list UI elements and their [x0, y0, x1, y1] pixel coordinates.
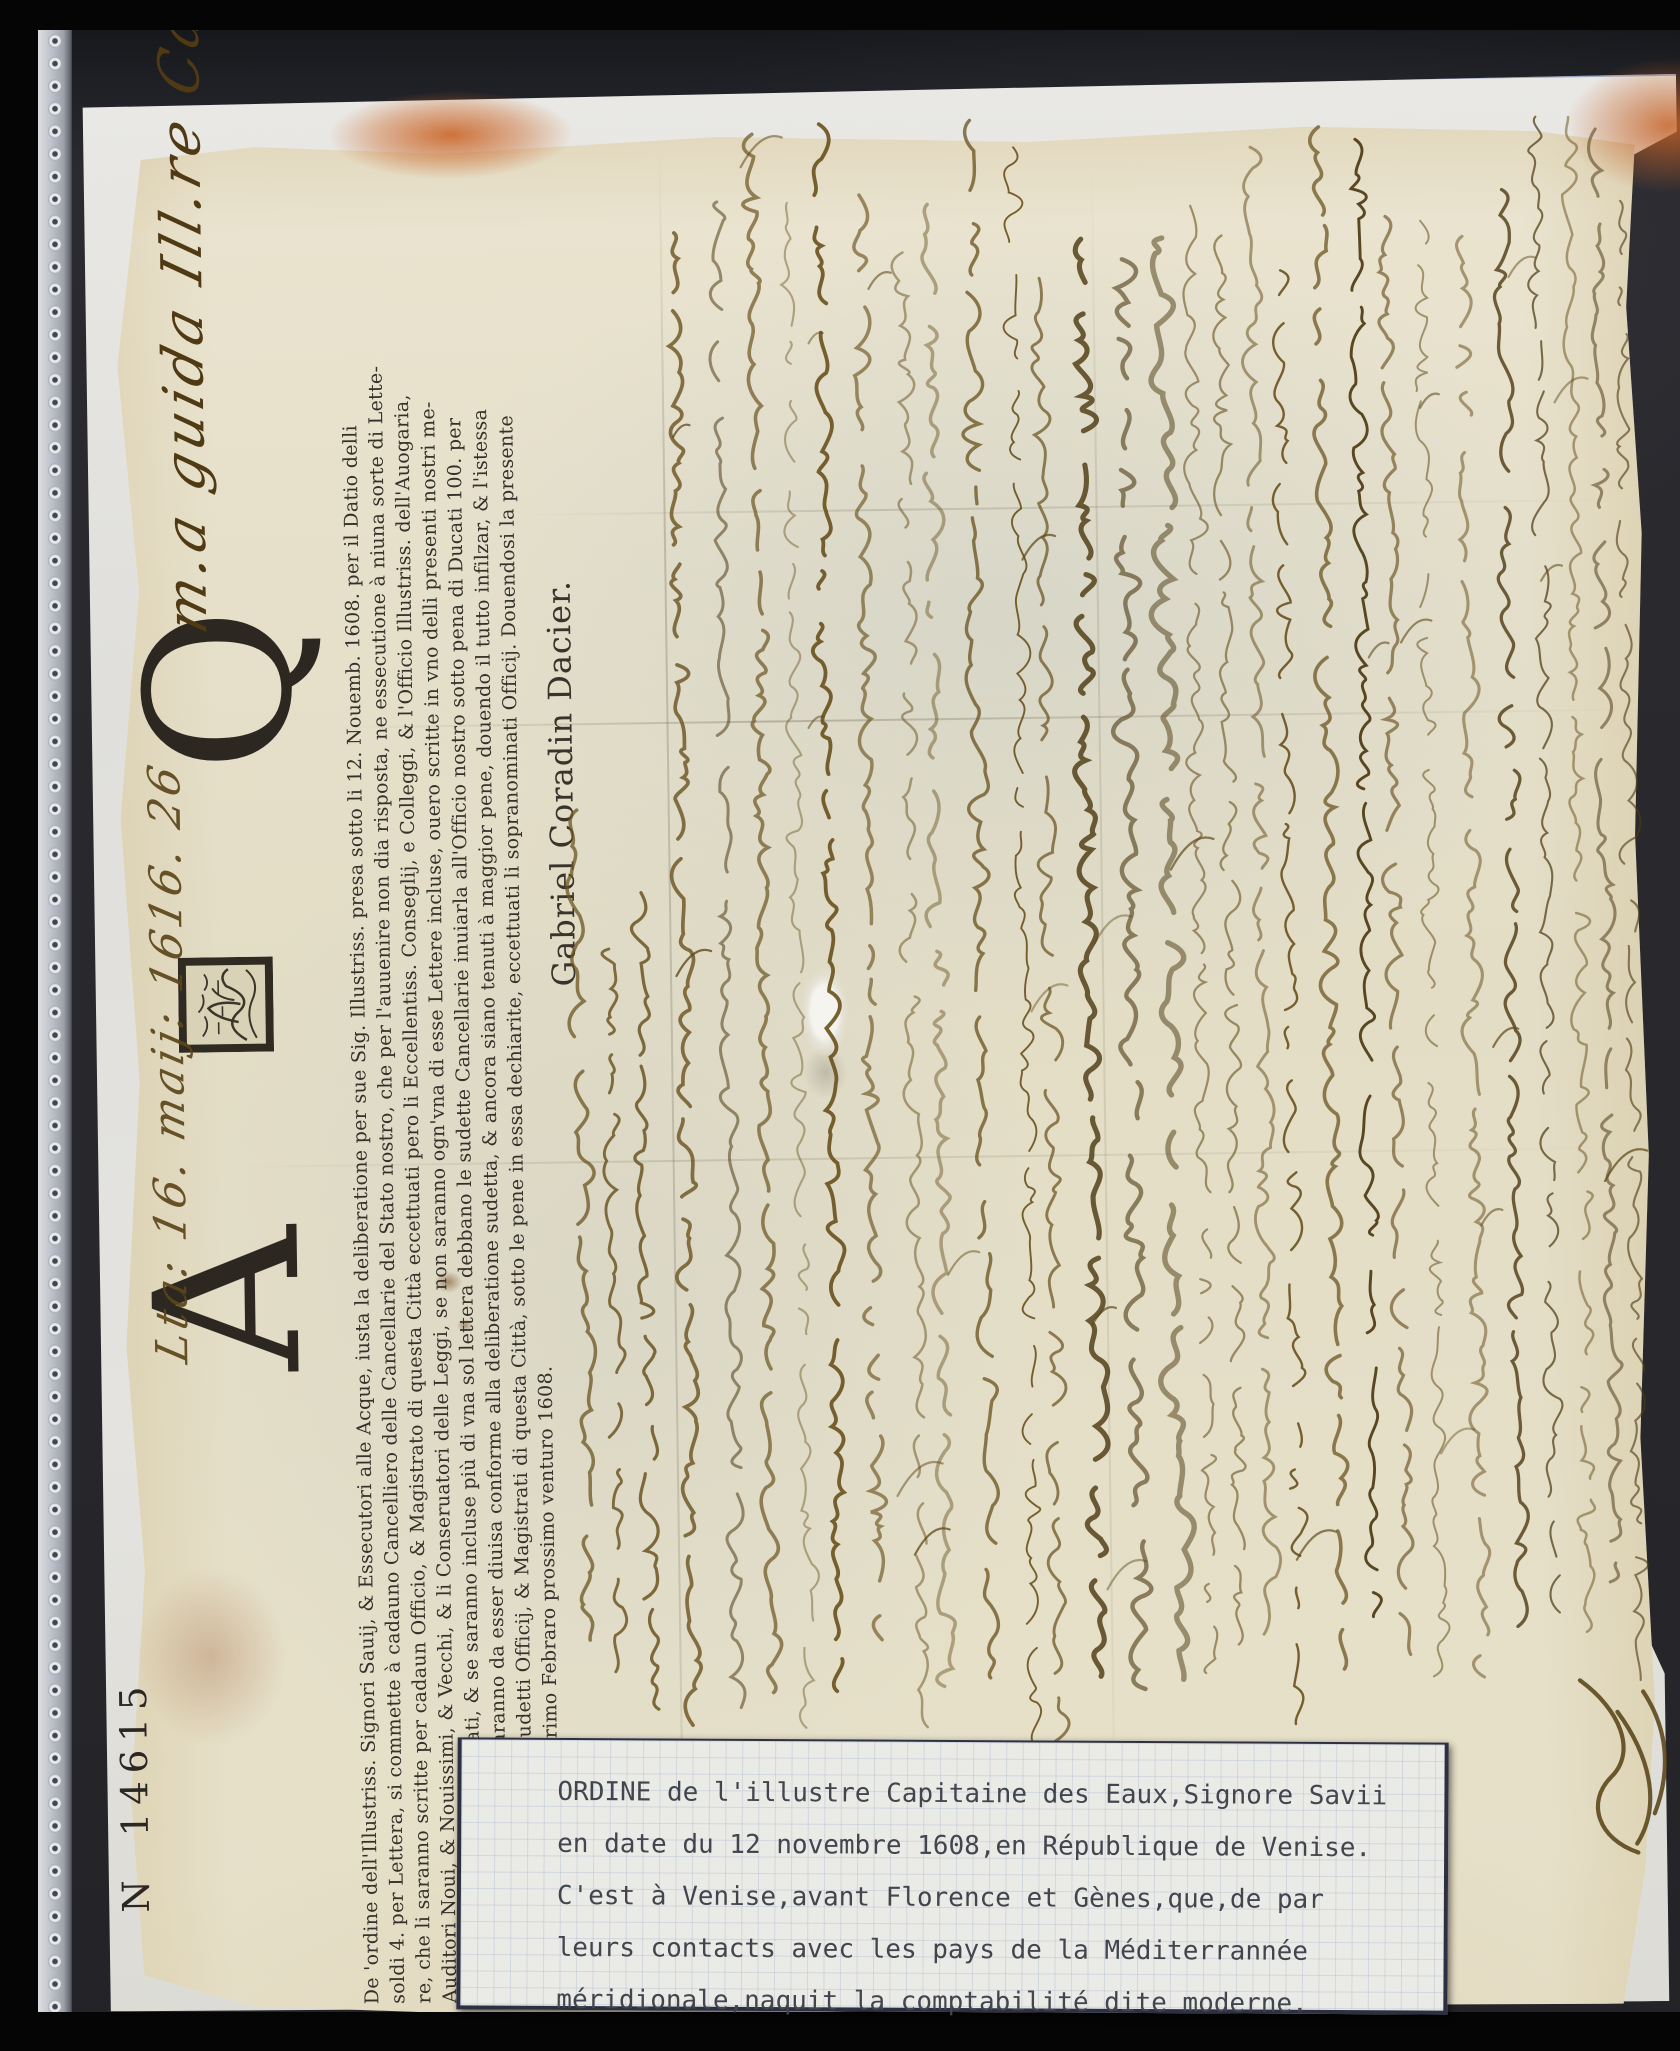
- caption-card: ORDINE de l'illustre Capitaine des Eaux,…: [456, 1737, 1448, 2014]
- handwritten-date-note: Lta: 16. maij: 1616. 26: [137, 605, 218, 1371]
- photo-black-border: [0, 0, 1680, 30]
- manuscript-handwriting: [553, 91, 1680, 1896]
- photo-black-border: [0, 0, 38, 2051]
- caption-line: C'est à Venise,avant Florence et Gènes,q…: [557, 1870, 1424, 1927]
- binder-ring-perforations: [38, 30, 72, 2012]
- document-photo-group: De 'ordine dell'Illustriss. Signori Saui…: [88, 96, 1674, 2018]
- caption-line: méridionale,naquit la comptabilité dite …: [556, 1974, 1423, 2031]
- registry-number: N 14615: [108, 1382, 167, 1913]
- handwritten-name-note: m.a guida Ill.re Capelli: [148, 112, 250, 648]
- caption-line: ORDINE de l'illustre Capitaine des Eaux,…: [557, 1766, 1424, 1823]
- caption-line: leurs contacts avec les pays de la Médit…: [556, 1922, 1423, 1979]
- caption-text: ORDINE de l'illustre Capitaine des Eaux,…: [460, 1739, 1444, 2030]
- caption-line: en date du 12 novembre 1608,en Républiqu…: [557, 1818, 1424, 1875]
- printed-ordinance-text: De 'ordine dell'Illustriss. Signori Saui…: [334, 182, 567, 2005]
